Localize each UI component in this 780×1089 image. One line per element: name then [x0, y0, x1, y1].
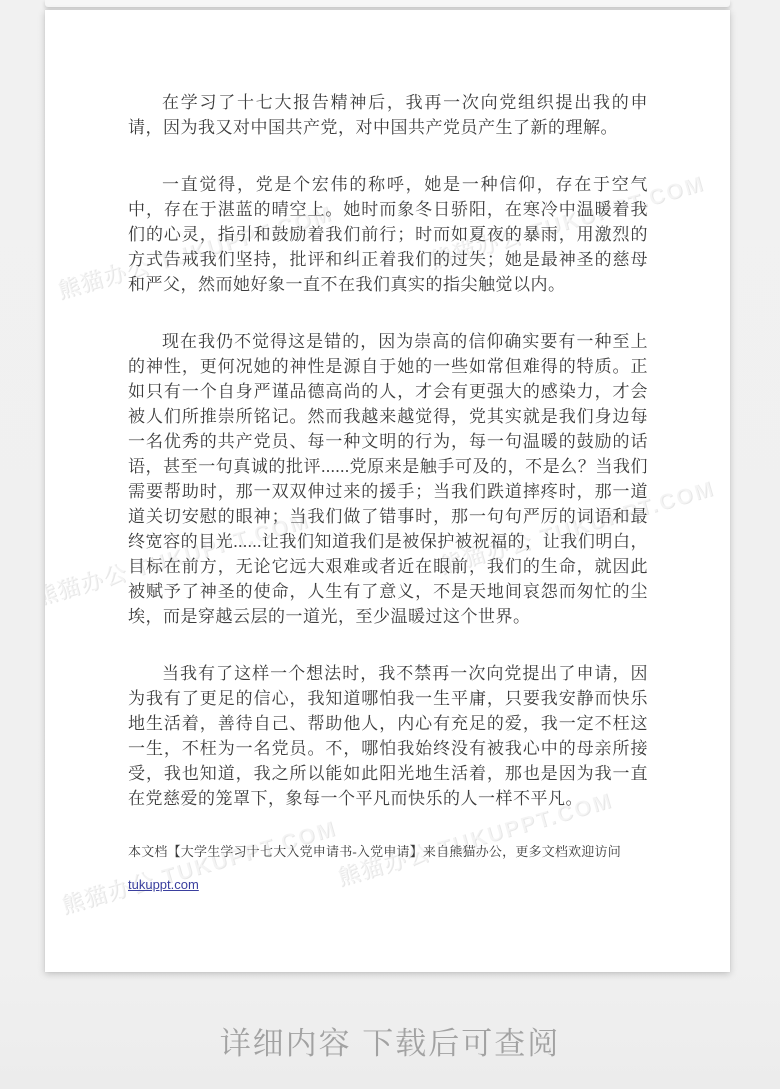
document-body: 在学习了十七大报告精神后，我再一次向党组织提出我的申请，因为我又对中国共产党，对… — [45, 10, 730, 894]
previous-page-edge — [45, 0, 730, 7]
paragraph: 在学习了十七大报告精神后，我再一次向党组织提出我的申请，因为我又对中国共产党，对… — [128, 90, 648, 140]
paragraph: 当我有了这样一个想法时，我不禁再一次向党提出了申请，因为我有了更足的信心，我知道… — [128, 661, 648, 811]
paragraph: 一直觉得，党是个宏伟的称呼，她是一种信仰，存在于空气中，存在于湛蓝的晴空上。她时… — [128, 172, 648, 297]
document-page: 熊猫办公 TUKUPPT.COM 熊猫办公 TUKUPPT.COM 熊猫办公 T… — [45, 10, 730, 972]
source-link[interactable]: tukuppt.com — [128, 877, 199, 892]
download-notice: 详细内容 下载后可查阅 — [0, 1018, 780, 1063]
document-preview-canvas: 熊猫办公 TUKUPPT.COM 熊猫办公 TUKUPPT.COM 熊猫办公 T… — [0, 0, 780, 1089]
source-note: 本文档【大学生学习十七大入党申请书-入党申请】来自熊猫办公，更多文档欢迎访问 — [128, 843, 648, 861]
paragraph: 现在我仍不觉得这是错的，因为崇高的信仰确实要有一种至上的神性，更何况她的神性是源… — [128, 329, 648, 629]
